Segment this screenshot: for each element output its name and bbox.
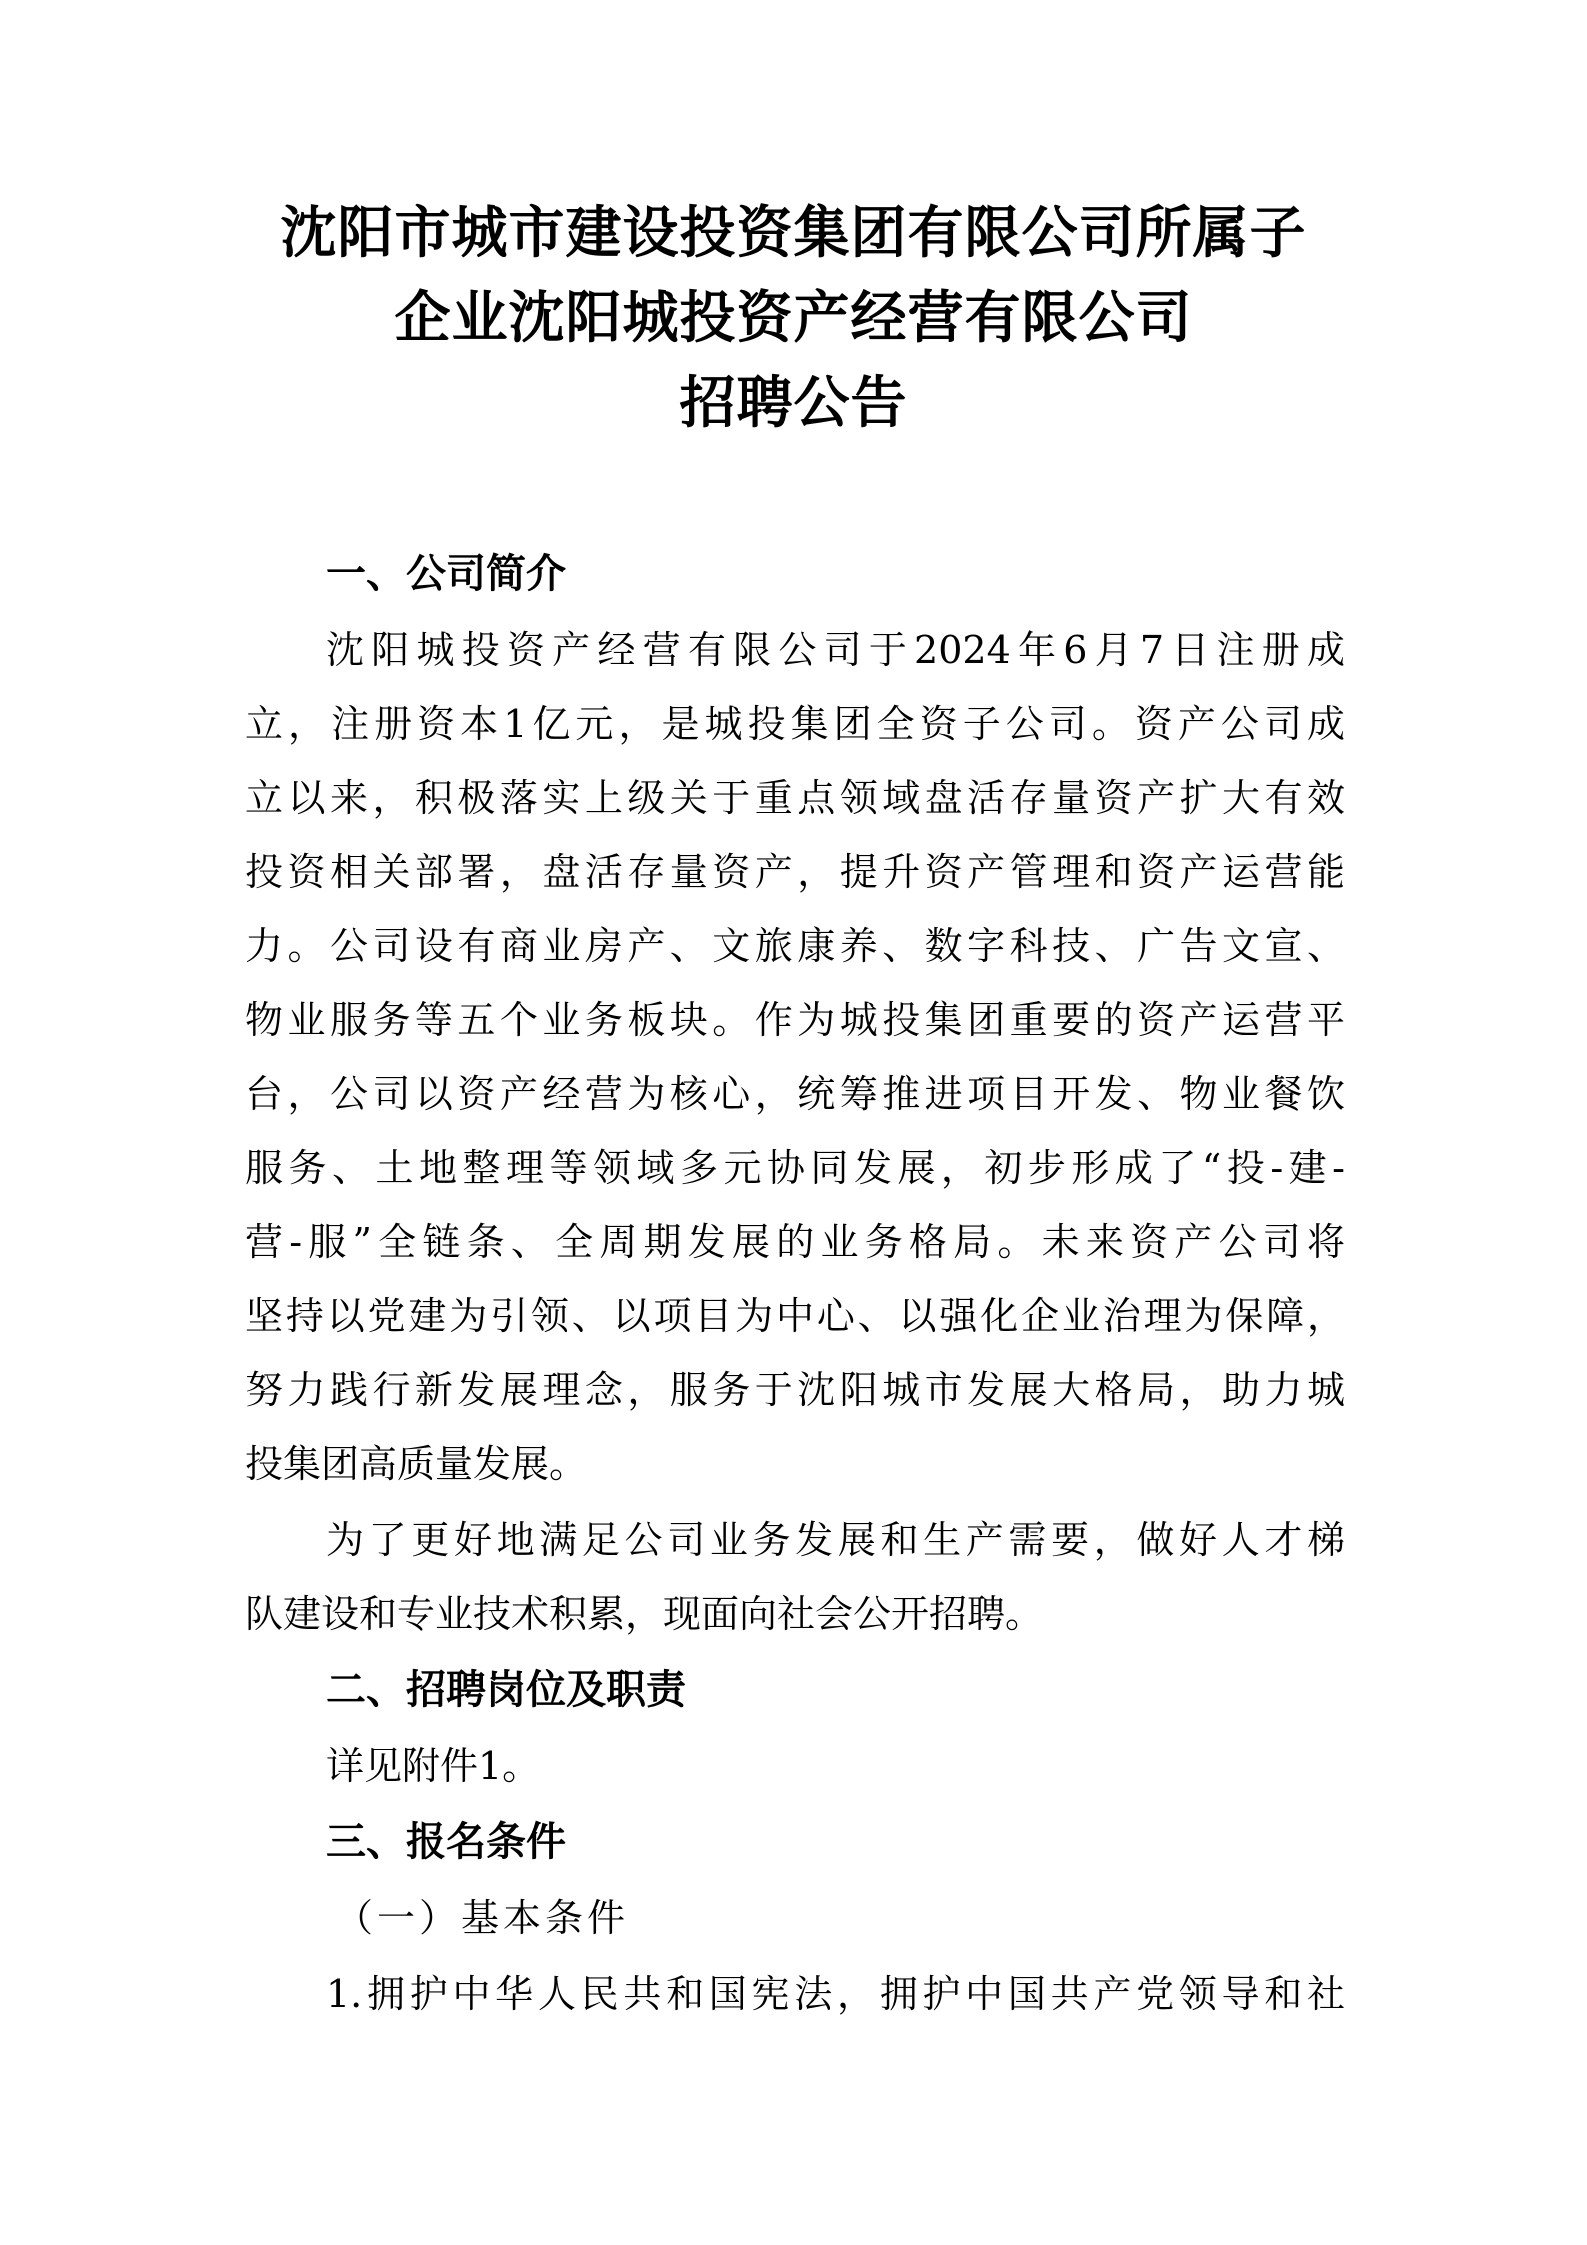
section-heading-positions: 二、招聘岗位及职责 (326, 1662, 686, 1718)
paragraph-line: 1.拥护中华人民共和国宪法，拥护中国共产党领导和社 (326, 1966, 1345, 2022)
paragraph-line: 为了更好地满足公司业务发展和生产需要，做好人才梯 (326, 1512, 1345, 1568)
paragraph-line: 坚持以党建为引领、以项目为中心、以强化企业治理为保障， (245, 1288, 1345, 1344)
paragraph-line: 沈阳城投资产经营有限公司于2024年6月7日注册成 (326, 622, 1345, 678)
document-title-line-2: 企业沈阳城投资产经营有限公司 (0, 283, 1587, 353)
paragraph-line: 详见附件1。 (326, 1738, 1345, 1794)
paragraph-line: 投资相关部署，盘活存量资产，提升资产管理和资产运营能 (245, 844, 1345, 900)
paragraph-line: 努力践行新发展理念，服务于沈阳城市发展大格局，助力城 (245, 1362, 1345, 1418)
section-heading-requirements: 三、报名条件 (326, 1814, 566, 1870)
paragraph-line: 投集团高质量发展。 (245, 1436, 1345, 1492)
paragraph-line: 营-服”全链条、全周期发展的业务格局。未来资产公司将 (245, 1214, 1345, 1270)
paragraph-line: 服务、土地整理等领域多元协同发展，初步形成了“投-建- (245, 1140, 1345, 1196)
paragraph-line: 立以来，积极落实上级关于重点领域盘活存量资产扩大有效 (245, 770, 1345, 826)
document-title-line-3: 招聘公告 (0, 368, 1587, 438)
paragraph-line: 队建设和专业技术积累，现面向社会公开招聘。 (245, 1586, 1345, 1642)
paragraph-line: 立，注册资本1亿元，是城投集团全资子公司。资产公司成 (245, 696, 1345, 752)
subsection-heading-basic-requirements: （一）基本条件 (335, 1890, 629, 1946)
paragraph-line: 物业服务等五个业务板块。作为城投集团重要的资产运营平 (245, 992, 1345, 1048)
paragraph-line: 台，公司以资产经营为核心，统筹推进项目开发、物业餐饮 (245, 1066, 1345, 1122)
document-page: 沈阳市城市建设投资集团有限公司所属子 企业沈阳城投资产经营有限公司 招聘公告 一… (0, 0, 1587, 2245)
section-heading-company-intro: 一、公司简介 (326, 546, 566, 602)
document-title-line-1: 沈阳市城市建设投资集团有限公司所属子 (0, 198, 1587, 268)
paragraph-line: 力。公司设有商业房产、文旅康养、数字科技、广告文宣、 (245, 918, 1345, 974)
